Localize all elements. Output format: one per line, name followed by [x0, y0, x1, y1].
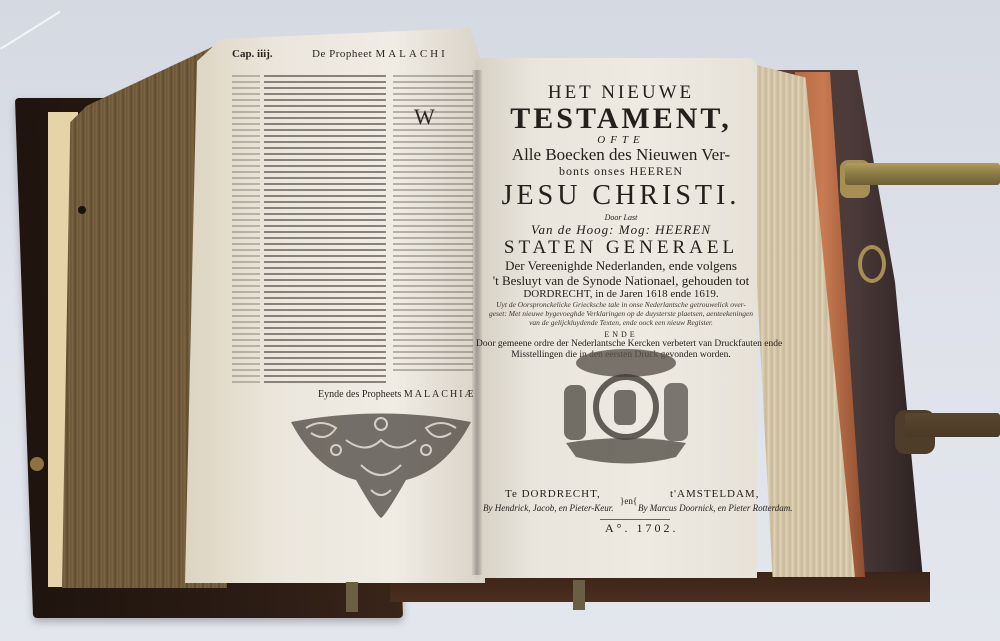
margin-notes-column [232, 75, 260, 385]
title-line-7: Door Last [476, 213, 766, 222]
title-line-14: geset: Met nieuwe bygevoeghde Verklaring… [476, 309, 766, 318]
title-line-10: Der Vereenighde Nederlanden, ende volgen… [476, 258, 766, 273]
title-line-2: TESTAMENT, [476, 104, 766, 134]
title-line-15: van de gelijckluydende Texten, ende oock… [476, 318, 766, 327]
title-line-13: Uyt de Oorspronckelicke Griecksche tale … [476, 300, 766, 309]
main-text-column [264, 75, 386, 385]
imprint-year: A°. 1702. [605, 521, 678, 536]
imprint-right-printers: By Marcus Doornick, en Pieter Rotterdam. [638, 503, 793, 513]
end-line-prefix: Eynde des Propheets [318, 389, 401, 400]
bottom-clasp-tab-left [346, 582, 358, 612]
clasp-catch-ring [858, 245, 886, 283]
title-line-12: DORDRECHT, in de Jaren 1618 ende 1619. [476, 288, 766, 300]
title-line-9: STATEN GENERAEL [476, 238, 766, 258]
cover-nail [78, 206, 86, 214]
cover-stud [30, 457, 44, 471]
running-title-text: De Propheet [312, 48, 372, 60]
title-line-6: JESU CHRISTI. [476, 179, 766, 213]
title-line-16: ENDE [476, 330, 766, 339]
imprint-rule [600, 519, 670, 520]
photo-scene: Cap. iiij. De Propheet MALACHI W Eynde d… [0, 0, 1000, 641]
drop-initial: W [414, 104, 435, 130]
imprint-left-city: Te DORDRECHT, [505, 488, 601, 500]
running-title-book: MALACHI [375, 48, 447, 60]
end-of-book-line: Eynde des Propheets MALACHIÆ [318, 389, 475, 400]
title-line-1: HET NIEUWE [476, 82, 766, 104]
background-crease [0, 11, 82, 84]
chapter-label: Cap. iiij. [232, 48, 273, 60]
bottom-brass-clasp [905, 413, 1000, 437]
title-line-8: Van de Hoog: Mog: HEEREN [476, 222, 766, 238]
running-title: De Propheet MALACHI [312, 48, 448, 60]
end-line-book: MALACHIÆ [404, 389, 476, 400]
printers-device-woodcut-icon [556, 345, 696, 467]
title-page-text: HET NIEUWE TESTAMENT, OFTE Alle Boecken … [476, 80, 766, 361]
title-line-4: Alle Boecken des Nieuwen Ver- [476, 146, 766, 164]
top-brass-clasp [845, 163, 1000, 185]
title-line-5: bonts onses HEEREN [476, 164, 766, 179]
ornamental-vignette-icon [286, 410, 476, 520]
imprint-left-printers: By Hendrick, Jacob, en Pieter-Keur. [483, 503, 614, 513]
imprint-right-city: t'AMSTELDAM, [670, 488, 759, 500]
bottom-clasp-tab-right [573, 580, 585, 610]
imprint-connector: }en{ [620, 496, 637, 506]
title-line-11: 't Besluyt van de Synode Nationael, geho… [476, 273, 766, 288]
